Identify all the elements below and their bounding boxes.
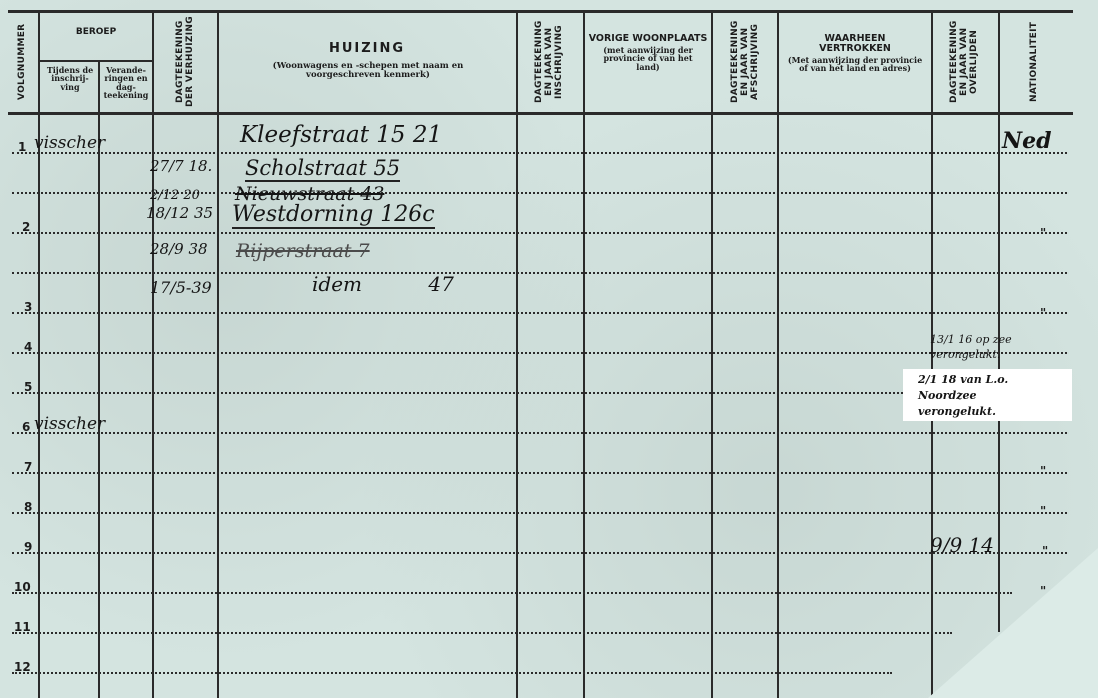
col-line — [38, 12, 40, 698]
row-number: 2 — [22, 220, 30, 234]
header-top-rule — [8, 10, 1073, 13]
col-line — [152, 12, 154, 698]
header-waarheen-subtitle: (Met aanwijzing der provincie of van het… — [783, 56, 927, 73]
verhuizing-date: 2/12 20 — [150, 188, 200, 203]
row-rule — [12, 632, 952, 634]
verhuizing-date: 18/12 35 — [146, 204, 213, 222]
ditto-mark: " — [1040, 504, 1046, 518]
nationaliteit-row-1: Ned — [1002, 128, 1052, 154]
row-number: 6 — [22, 420, 30, 434]
row-rule — [12, 672, 892, 674]
row-number: 9 — [24, 540, 32, 554]
header-bottom-rule — [8, 112, 1073, 115]
torn-corner — [928, 548, 1098, 698]
header-dagteekening-afschrijving: DAGTEEKENING EN JAAR VAN AFSCHRIJVING — [718, 14, 774, 110]
ditto-mark: " — [1040, 226, 1046, 240]
row-number: 4 — [24, 340, 32, 354]
row-rule — [12, 432, 1067, 434]
col-line — [516, 12, 518, 698]
row-number: 1 — [18, 140, 26, 154]
row-rule — [12, 312, 1067, 314]
overlijden-row-4: 13/1 16 op zee verongelukt. — [930, 332, 1030, 363]
col-line — [98, 60, 100, 698]
header-veranderingen: Verande-ringen en dag-teekening — [100, 66, 152, 100]
row-number: 11 — [14, 620, 31, 634]
header-nationaliteit: NATIONALITEIT — [1015, 14, 1055, 110]
header-tijdens: Tijdens de inschrij-ving — [44, 66, 96, 91]
address-entry: Kleefstraat 15 21 — [240, 122, 442, 148]
header-vorige-woonplaats: VORIGE WOONPLAATS (met aanwijzing der pr… — [585, 34, 711, 71]
header-huizing-title: HUIZING — [218, 42, 516, 56]
ditto-mark: " — [1040, 306, 1046, 320]
row-number: 3 — [24, 300, 32, 314]
overlijden-row-5: 2/1 18 van L.o. Noordzee verongelukt. — [918, 372, 1048, 420]
row-number: 12 — [14, 660, 31, 674]
row-number: 8 — [24, 500, 32, 514]
header-waarheen-title: WAARHEEN VERTROKKEN — [807, 34, 903, 54]
col-line — [217, 12, 219, 698]
col-line — [998, 12, 1000, 632]
ditto-mark: " — [1040, 464, 1046, 478]
header-dagteekening-inschrijving: DAGTEEKENING EN JAAR VAN INSCHRIJVING — [522, 14, 578, 110]
row-rule — [12, 472, 1067, 474]
verhuizing-date: 28/9 38 — [150, 240, 208, 258]
row-rule — [12, 272, 1067, 274]
header-dagteekening-overlijden: DAGTEEKENING EN JAAR VAN OVERLIJDEN — [936, 14, 994, 110]
col-line — [583, 12, 585, 698]
beroep-divider — [40, 60, 152, 62]
beroep-row-1: visscher — [34, 133, 105, 153]
header-waarheen-vertrokken: WAARHEEN VERTROKKEN (Met aanwijzing der … — [779, 34, 931, 73]
beroep-row-6: visscher — [34, 414, 105, 434]
row-number: 10 — [14, 580, 31, 594]
address-entry: Westdorning 126c — [232, 202, 435, 229]
row-rule — [12, 232, 1067, 234]
row-rule — [12, 352, 1067, 354]
col-line — [711, 12, 713, 698]
row-number: 5 — [24, 380, 32, 394]
row-number: 7 — [24, 460, 32, 474]
col-line — [777, 12, 779, 698]
header-vorige-title: VORIGE WOONPLAATS — [585, 34, 711, 44]
header-vorige-subtitle: (met aanwijzing der provincie of van het… — [597, 46, 699, 71]
verhuizing-date: 17/5-39 — [150, 278, 212, 297]
address-entry: idem 47 — [312, 272, 454, 296]
header-beroep: BEROEP — [40, 28, 152, 37]
header-dagteekening-verhuizing: DAGTEEKENING DER VERHUIZING — [162, 14, 210, 110]
header-volgnummer: VOLGNUMMER — [10, 14, 36, 110]
header-huizing-subtitle: (Woonwagens en -schepen met naam en voor… — [258, 62, 478, 80]
row-rule — [12, 592, 1012, 594]
row-rule — [12, 512, 1067, 514]
row-rule — [12, 552, 1067, 554]
verhuizing-date: 27/7 18. — [150, 157, 212, 175]
address-entry: Scholstraat 55 — [245, 156, 400, 182]
row-rule — [12, 152, 1067, 154]
address-entry: Rijperstraat 7 — [236, 240, 370, 262]
register-page: VOLGNUMMER BEROEP Tijdens de inschrij-vi… — [0, 0, 1098, 698]
